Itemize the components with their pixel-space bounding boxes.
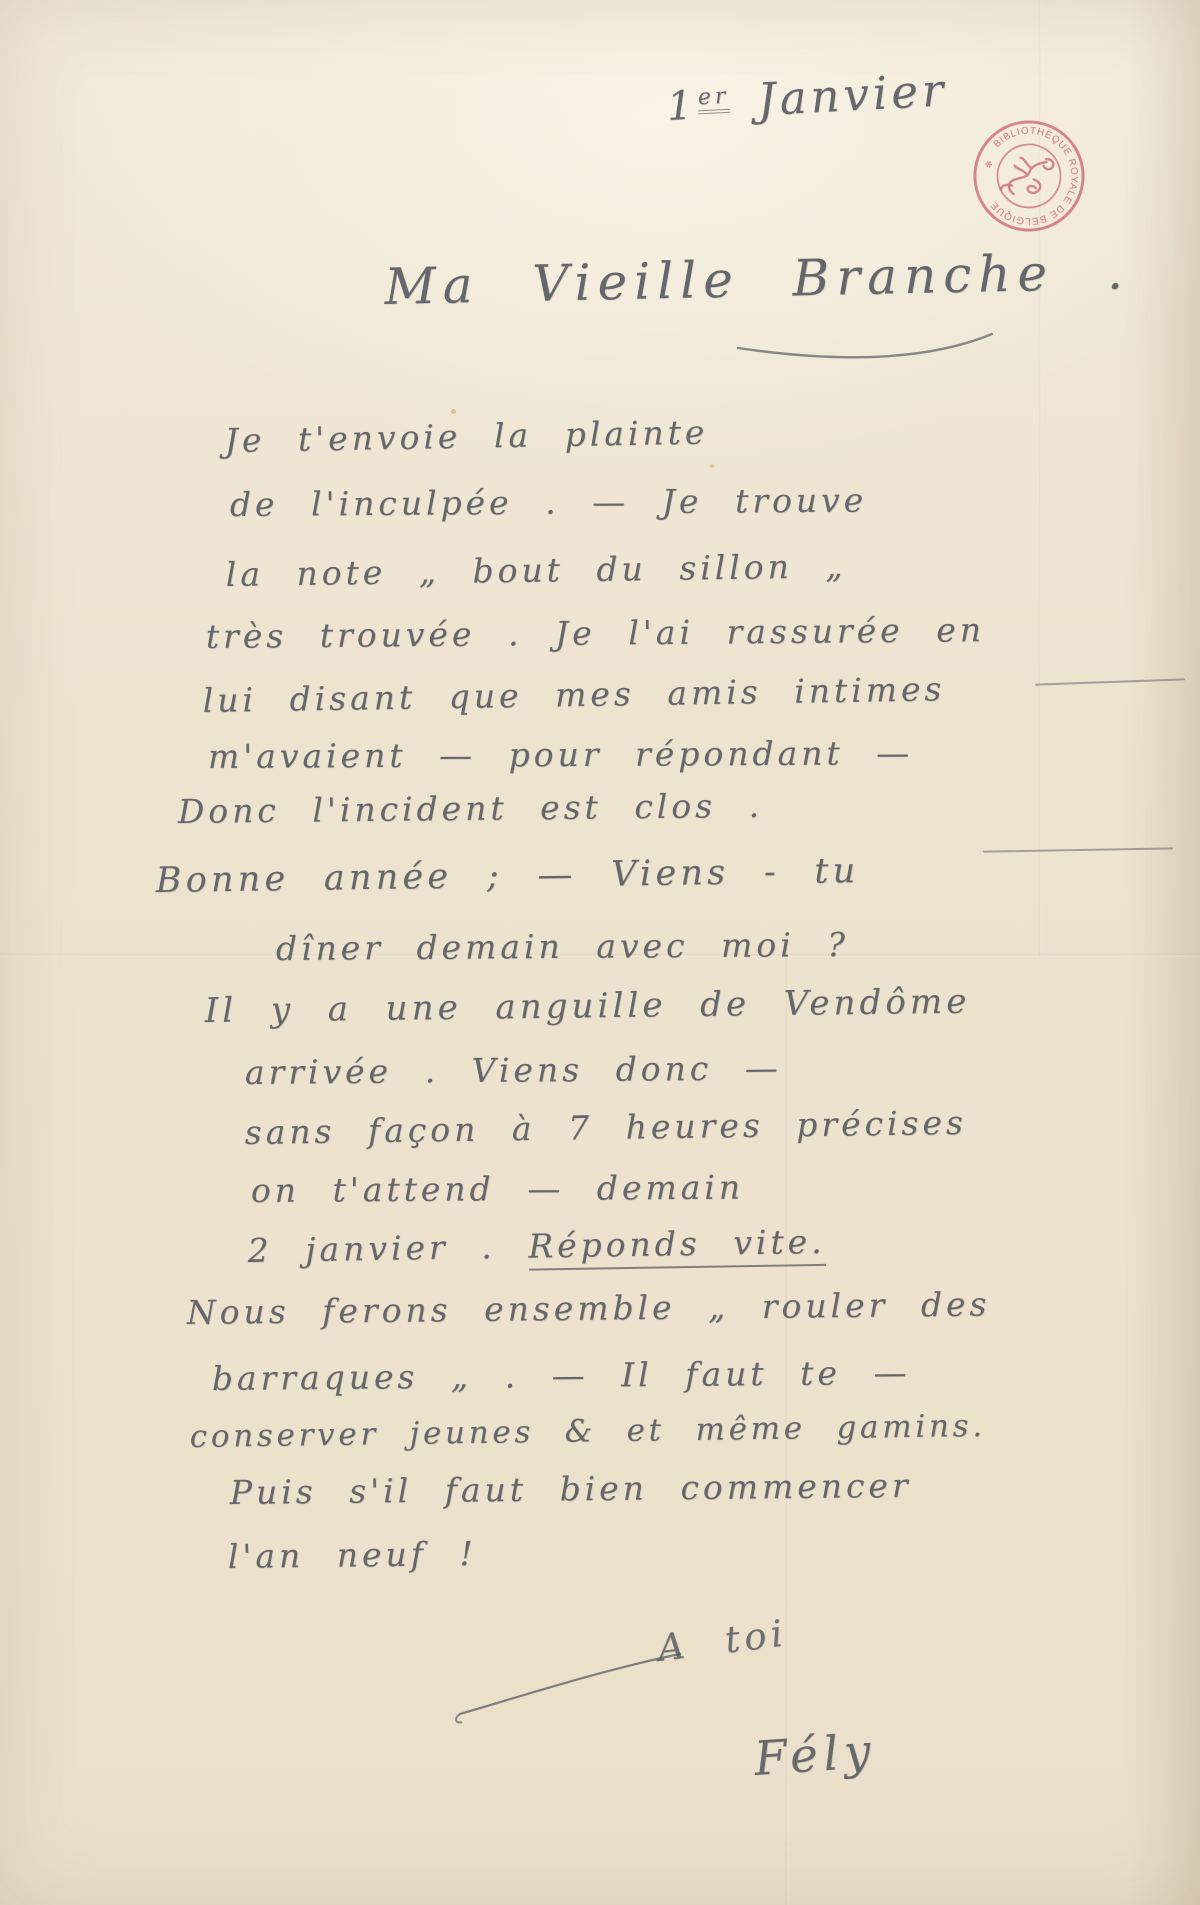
- stamp-circular-text: BIBLIOTHÈQUE ROYALE DE BELGIQUE: [959, 106, 1100, 247]
- letter-line: dîner demain avec moi ?: [276, 928, 849, 965]
- letter-line: la note „ bout du sillon „: [226, 549, 847, 591]
- date-ordinal: er: [697, 83, 730, 114]
- closing-word: A toi: [655, 1614, 789, 1667]
- salutation-flourish: [700, 326, 1020, 376]
- letter-line: Donc l'incident est clos .: [178, 789, 764, 828]
- letter-line: 2 janvier . Réponds vite.: [247, 1225, 825, 1267]
- library-stamp: BIBLIOTHÈQUE ROYALE DE BELGIQUE ✻: [947, 94, 1112, 259]
- pencil-stroke: [1035, 678, 1185, 685]
- date-day: 1: [666, 83, 698, 130]
- letter-line: Il y a une anguille de Vendôme: [205, 985, 971, 1028]
- pencil-stroke: [983, 847, 1173, 853]
- stamp-star: ✻: [982, 158, 994, 170]
- salutation: Ma Vieille Branche .: [384, 246, 1130, 312]
- letter-line: très trouvée . Je l'ai rassurée en: [206, 613, 985, 653]
- stamp-outer-ring: [953, 100, 1104, 251]
- underlined-phrase: Réponds vite.: [528, 1222, 826, 1271]
- letter-line: Nous ferons ensemble „ rouler des: [187, 1288, 991, 1329]
- date-month: Janvier: [756, 63, 948, 126]
- letter-line: conserver jeunes & et même gamins.: [190, 1411, 986, 1453]
- letter-line-text: 2 janvier .: [247, 1227, 528, 1270]
- letter-line: barraques „ . — Il faut te —: [212, 1356, 911, 1395]
- letter-line: de l'inculpée . — Je trouve: [230, 484, 867, 521]
- letter-line: m'avaient — pour répondant —: [208, 736, 913, 773]
- letter-page: 1erJanvier BIBLIOTHÈQUE ROYALE DE BELGIQ…: [0, 0, 1200, 1905]
- letter-line: lui disant que mes amis intimes: [202, 672, 945, 717]
- paper-speck: [710, 464, 714, 468]
- letter-line: Puis s'il faut bien commencer: [230, 1469, 912, 1509]
- letter-line: l'an neuf !: [228, 1537, 477, 1573]
- letter-line: Bonne année ; — Viens - tu: [156, 854, 860, 899]
- letter-line: sans façon à 7 heures précises: [245, 1106, 967, 1149]
- signature: Fély: [753, 1728, 878, 1783]
- paper-speck: [451, 409, 456, 414]
- date-line: 1erJanvier: [666, 67, 949, 127]
- letter-line: on t'attend — demain: [251, 1171, 744, 1207]
- letter-line: Je t'envoie la plainte: [224, 416, 708, 457]
- svg-text:BIBLIOTHÈQUE ROYALE DE BELGIQU: BIBLIOTHÈQUE ROYALE DE BELGIQUE: [959, 106, 1100, 247]
- letter-line: arrivée . Viens donc —: [245, 1051, 782, 1089]
